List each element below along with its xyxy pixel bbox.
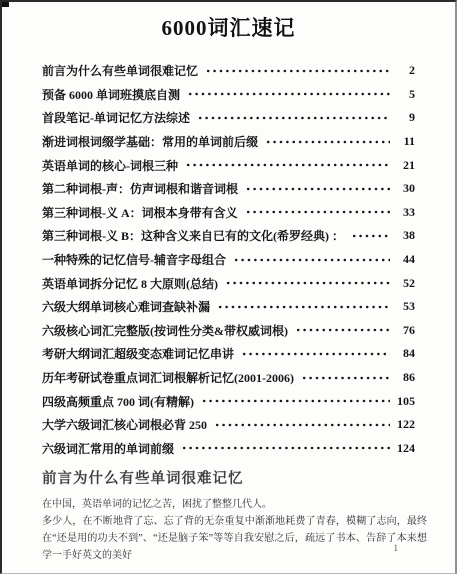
toc-entry-label: 六级词汇常用的单词前缀	[42, 440, 174, 457]
toc-page-number: 86	[395, 370, 415, 385]
dot-leader	[233, 248, 390, 272]
section-heading: 前言为什么有些单词很难记忆	[42, 467, 455, 488]
toc-entry-label: 第二种词根-声：仿声词根和谐音词根	[42, 180, 238, 197]
dot-leader	[301, 366, 390, 390]
toc-page-number: 105	[395, 394, 415, 409]
toc-page-number: 30	[395, 181, 415, 196]
toc-entry: 四级高频重点 700 词(有精解)105	[42, 389, 415, 413]
dot-leader	[185, 153, 390, 177]
toc-page-number: 11	[395, 134, 415, 149]
toc-entry-label: 英语单词的核心-词根三种	[42, 157, 178, 174]
toc-entry: 考研大纲词汇超级变态难词记忆串讲84	[42, 342, 415, 366]
toc-entry-label: 第三种词根-义 A：词根本身带有含义	[42, 204, 238, 221]
toc-entry-label: 第三种词根-义 B：这种含义来自已有的文化(希罗经典) ：	[42, 227, 344, 244]
toc-entry-label: 大学六级词汇核心词根必背 250	[42, 416, 207, 433]
toc-entry: 前言为什么有些单词很难记忆2	[42, 59, 415, 83]
toc-entry-label: 英语单词拆分记忆 8 大原则(总结)	[42, 275, 218, 292]
toc-entry: 第三种词根-义 A：词根本身带有含义33	[42, 201, 415, 225]
toc-page-number: 124	[395, 441, 415, 456]
toc-page-number: 52	[395, 276, 415, 291]
toc-entry-label: 前言为什么有些单词很难记忆	[42, 62, 198, 79]
toc-entry: 一种特殊的记忆信号-辅音字母组合44	[42, 248, 415, 272]
toc-entry-label: 一种特殊的记忆信号-辅音字母组合	[42, 251, 226, 268]
toc-entry-label: 四级高频重点 700 词(有精解)	[42, 393, 194, 410]
toc-page-number: 44	[395, 252, 415, 267]
toc-page-number: 5	[395, 87, 415, 102]
dot-leader	[214, 413, 390, 437]
toc-entry-label: 首段笔记-单词记忆方法综述	[42, 109, 190, 126]
toc-list: 前言为什么有些单词很难记忆2预备 6000 单词班摸底自测5首段笔记-单词记忆方…	[42, 59, 415, 460]
toc-entry-label: 六级核心词汇完整版(按词性分类&带权威词根)	[42, 322, 288, 339]
toc-page-number: 21	[395, 158, 415, 173]
dot-leader	[225, 271, 390, 295]
toc-entry: 预备 6000 单词班摸底自测5	[42, 83, 415, 107]
toc-entry-label: 历年考研试卷重点词汇词根解析记忆(2001-2006)	[42, 369, 294, 386]
toc-entry: 六级词汇常用的单词前缀124	[42, 437, 415, 461]
page-title: 6000词汇速记	[2, 12, 455, 42]
dot-leader	[241, 342, 390, 366]
dot-leader	[187, 83, 390, 107]
dot-leader	[295, 319, 390, 343]
toc-entry: 六级大纲单词核心难词查缺补漏53	[42, 295, 415, 319]
body-paragraph: 在中国，英语单词的记忆之苦，困扰了整整几代人。	[42, 496, 427, 513]
dot-leader	[181, 437, 390, 461]
body-paragraph: 多少人，在不断地背了忘、忘了背的无奈重复中渐渐地耗费了青春，模糊了志向，最终在“…	[42, 513, 427, 564]
toc-page-number: 9	[395, 110, 415, 125]
toc-entry: 第二种词根-声：仿声词根和谐音词根30	[42, 177, 415, 201]
dot-leader	[351, 224, 390, 248]
scan-corner-mark	[2, 2, 9, 7]
toc-entry: 大学六级词汇核心词根必背 250122	[42, 413, 415, 437]
dot-leader	[217, 295, 390, 319]
toc-entry: 历年考研试卷重点词汇词根解析记忆(2001-2006)86	[42, 366, 415, 390]
toc-entry: 首段笔记-单词记忆方法综述9	[42, 106, 415, 130]
toc-page-number: 84	[395, 346, 415, 361]
toc-page-number: 122	[395, 417, 415, 432]
toc-entry-label: 考研大纲词汇超级变态难词记忆串讲	[42, 345, 234, 362]
toc-page-number: 38	[395, 228, 415, 243]
toc-page-number: 53	[395, 299, 415, 314]
toc-entry-label: 渐进词根词缀学基础：常用的单词前后缀	[42, 133, 258, 150]
toc-entry: 英语单词拆分记忆 8 大原则(总结)52	[42, 271, 415, 295]
dot-leader	[245, 177, 390, 201]
toc-entry-label: 预备 6000 单词班摸底自测	[42, 86, 180, 103]
toc-entry: 英语单词的核心-词根三种21	[42, 153, 415, 177]
dot-leader	[197, 106, 390, 130]
toc-entry: 第三种词根-义 B：这种含义来自已有的文化(希罗经典) ：38	[42, 224, 415, 248]
toc-page-number: 76	[395, 323, 415, 338]
toc-entry-label: 六级大纲单词核心难词查缺补漏	[42, 298, 210, 315]
toc-page-number: 33	[395, 205, 415, 220]
body-text: 在中国，英语单词的记忆之苦，困扰了整整几代人。多少人，在不断地背了忘、忘了背的无…	[42, 496, 427, 564]
toc-entry: 渐进词根词缀学基础：常用的单词前后缀11	[42, 130, 415, 154]
document-page: 6000词汇速记 前言为什么有些单词很难记忆2预备 6000 单词班摸底自测5首…	[0, 0, 457, 574]
dot-leader	[265, 130, 390, 154]
toc-page-number: 2	[395, 63, 415, 78]
dot-leader	[201, 389, 390, 413]
dot-leader	[205, 59, 390, 83]
footer-page-number: 1	[394, 543, 399, 553]
toc-entry: 六级核心词汇完整版(按词性分类&带权威词根)76	[42, 319, 415, 343]
dot-leader	[245, 201, 390, 225]
